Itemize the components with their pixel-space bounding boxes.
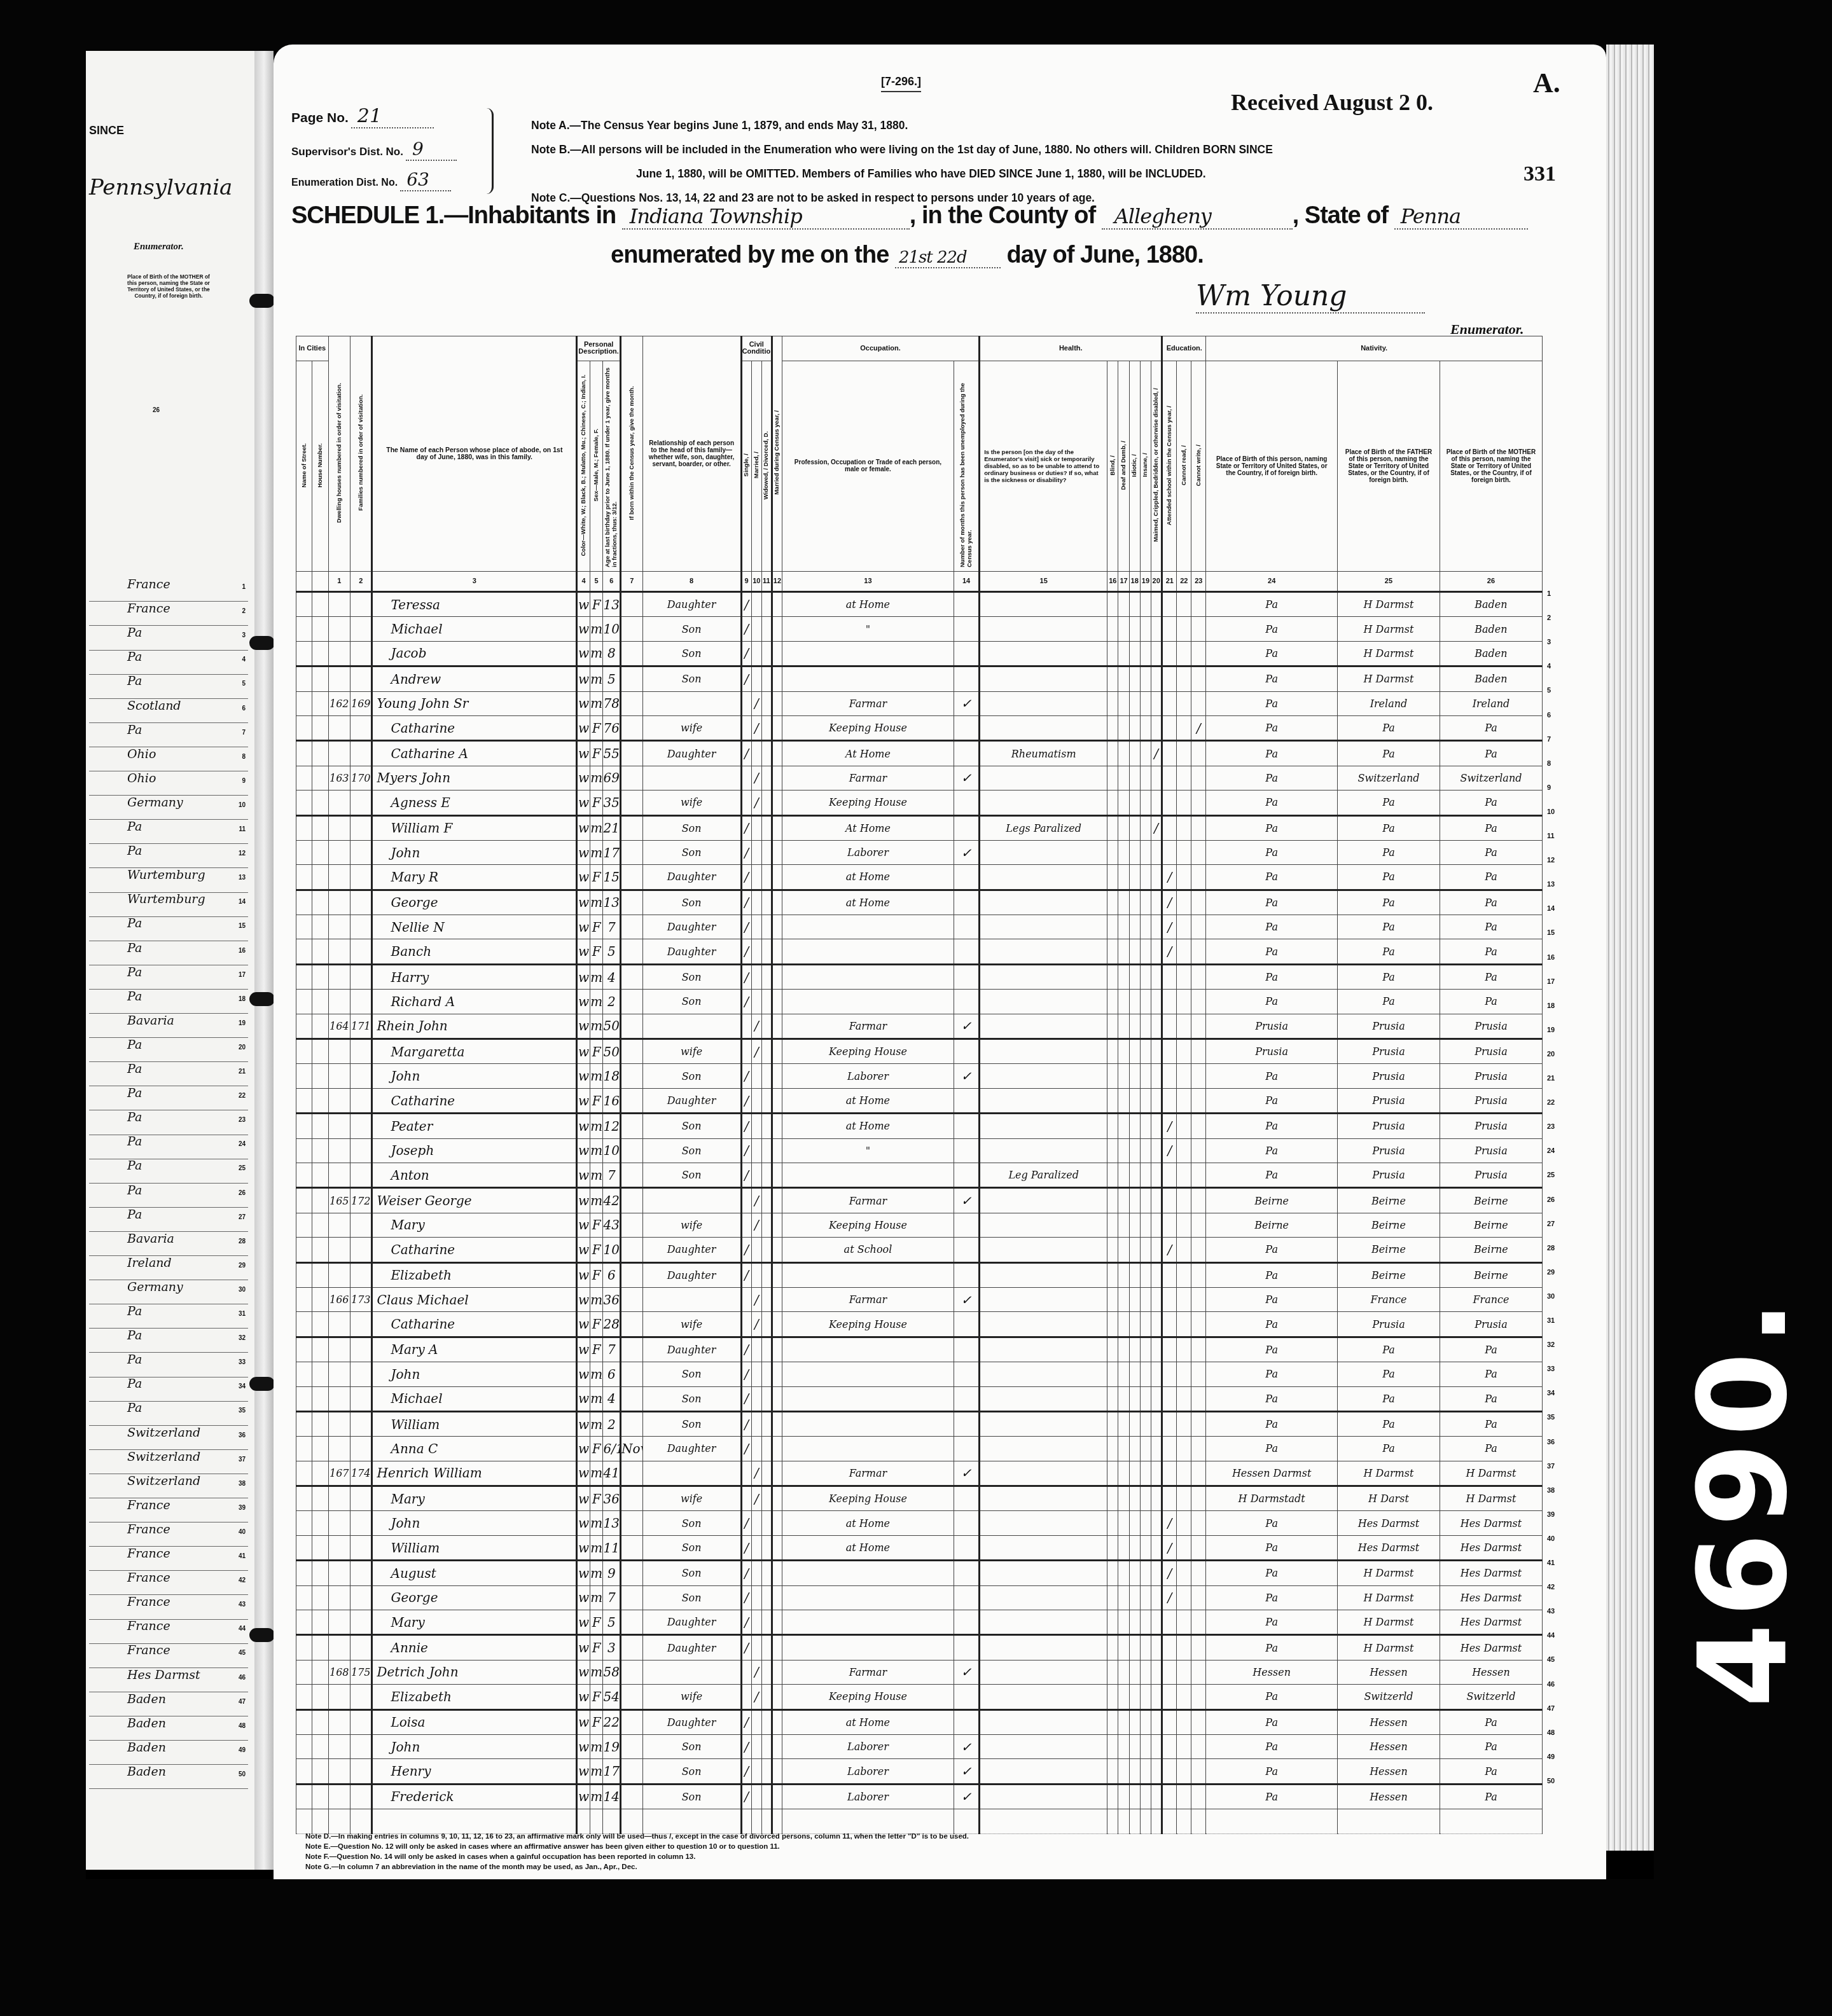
schedule-title: SCHEDULE 1.—Inhabitants in Indiana Towns…: [291, 202, 1528, 230]
cell-occupation: [782, 1337, 954, 1362]
cell-deaf: [1118, 915, 1129, 939]
cell-married: /: [751, 1486, 761, 1511]
col-num: 10: [751, 572, 761, 592]
cell-sex: m: [590, 1138, 603, 1163]
left-page-mother-birthplace: Pa: [127, 820, 142, 834]
cell-single: /: [741, 1585, 751, 1610]
col-16-header: Blind, /: [1107, 361, 1118, 572]
cell-blind: [1107, 890, 1118, 915]
cell-age: 6/12: [603, 1437, 621, 1461]
census-row: CatharinewF28wife/Keeping HousePaPrusiaP…: [296, 1312, 1543, 1337]
cell-dwelling: [328, 990, 350, 1014]
cell-month: [621, 1734, 642, 1758]
cell-family: [350, 1685, 372, 1709]
cell-sex: m: [590, 1188, 603, 1213]
cell-relation: Daughter: [642, 1238, 741, 1262]
cell-occupation: at Home: [782, 1535, 954, 1560]
cell-sickness: [980, 1809, 1107, 1833]
cell-mother-birthplace: Prusia: [1440, 1114, 1542, 1138]
cell-father-birthplace: Pa: [1338, 915, 1440, 939]
left-page-line-number: 11: [239, 826, 246, 833]
cell-deaf: [1118, 741, 1129, 766]
cell-street: [296, 1238, 312, 1262]
cell-month: [621, 890, 642, 915]
cell-school: [1162, 766, 1177, 790]
cell-age: 2: [603, 1411, 621, 1436]
cell-blind: [1107, 617, 1118, 641]
cell-name: Mary: [372, 1213, 577, 1237]
cell-cannot-read: [1177, 1437, 1191, 1461]
line-number: 49: [1547, 1753, 1555, 1761]
cell-sex: m: [590, 964, 603, 989]
cell-month: [621, 840, 642, 864]
cell-deaf: [1118, 1362, 1129, 1386]
cell-name: John: [372, 1511, 577, 1535]
cell-street: [296, 1660, 312, 1684]
cell-maimed: [1151, 915, 1162, 939]
left-page-mother-birthplace: Ohio: [127, 747, 156, 761]
cell-insane: [1140, 1238, 1151, 1262]
cell-family: [350, 1262, 372, 1287]
census-row: 167174Henrich Williamwm41/Farmar✓Hessen …: [296, 1461, 1543, 1486]
cell-cannot-read: [1177, 964, 1191, 989]
cell-widowed: [761, 1114, 772, 1138]
cell-insane: [1140, 666, 1151, 691]
cell-age: 13: [603, 890, 621, 915]
cell-month: [621, 1585, 642, 1610]
cell-married: [751, 741, 761, 766]
cell-street: [296, 666, 312, 691]
cell-deaf: [1118, 1561, 1129, 1585]
cell-idiotic: [1129, 1213, 1140, 1237]
cell-relation: Daughter: [642, 915, 741, 939]
cell-cannot-write: [1191, 1610, 1206, 1635]
cell-unemployed: [954, 1362, 979, 1386]
col-6-header: Age at last birthday prior to June 1, 18…: [603, 361, 621, 572]
note-d: Note D.—In making entries in columns 9, …: [305, 1832, 969, 1842]
cell-color: w: [577, 1312, 590, 1337]
line-number: 29: [1547, 1269, 1555, 1276]
cell-school: [1162, 617, 1177, 641]
cell-color: w: [577, 715, 590, 740]
cell-street: [296, 1039, 312, 1064]
cell-cannot-write: [1191, 1561, 1206, 1585]
cell-deaf: [1118, 1163, 1129, 1187]
cell-school: /: [1162, 865, 1177, 890]
col-21-header: Attended school within the Census year, …: [1162, 361, 1177, 572]
cell-sickness: [980, 1362, 1107, 1386]
cell-idiotic: [1129, 1635, 1140, 1660]
left-page-row: Switzerland36: [89, 1426, 248, 1450]
cell-school: [1162, 1337, 1177, 1362]
cell-house: [312, 890, 328, 915]
cell-occupation: [782, 915, 954, 939]
cell-house: [312, 741, 328, 766]
cell-sex: m: [590, 840, 603, 864]
group-civil-condition: Civil Condition.: [741, 336, 772, 361]
left-page-line-number: 3: [242, 632, 246, 639]
cell-family: [350, 915, 372, 939]
left-page-row: Baden49: [89, 1741, 248, 1765]
cell-single: /: [741, 1561, 751, 1585]
cell-widowed: [761, 815, 772, 840]
cell-house: [312, 1337, 328, 1362]
cell-dwelling: [328, 1685, 350, 1709]
cell-school: [1162, 1014, 1177, 1039]
cell-mdcy: [772, 766, 782, 790]
cell-name: Rhein John: [372, 1014, 577, 1039]
cell-unemployed: ✓: [954, 1734, 979, 1758]
cell-occupation: Laborer: [782, 1064, 954, 1088]
cell-birthplace: Pa: [1206, 1635, 1338, 1660]
cell-cannot-write: [1191, 1088, 1206, 1113]
col-15-header: Is the person [on the day of the Enumera…: [980, 361, 1107, 572]
cell-dwelling: 168: [328, 1660, 350, 1684]
cell-blind: [1107, 865, 1118, 890]
cell-street: [296, 1784, 312, 1809]
cell-dwelling: [328, 915, 350, 939]
left-page-mother-birthplace: Pa: [127, 965, 142, 979]
cell-family: [350, 1561, 372, 1585]
col-num: 18: [1129, 572, 1140, 592]
cell-father-birthplace: [1338, 1809, 1440, 1833]
left-page-mother-birthplace: Pa: [127, 626, 142, 640]
cell-color: w: [577, 1685, 590, 1709]
cell-name: John: [372, 1362, 577, 1386]
cell-cannot-read: [1177, 1163, 1191, 1187]
note-b: Note B.—All persons will be included in …: [531, 137, 1523, 162]
cell-sex: m: [590, 1114, 603, 1138]
cell-cannot-read: [1177, 1709, 1191, 1734]
left-page-mother-birthplace: Pa: [127, 1159, 142, 1173]
cell-mother-birthplace: [1440, 1809, 1542, 1833]
left-page-line-number: 23: [239, 1117, 246, 1124]
cell-dwelling: [328, 641, 350, 666]
left-page-line-number: 10: [239, 802, 246, 809]
cell-sex: m: [590, 1535, 603, 1560]
left-page-row: Wurtemburg14: [89, 892, 248, 916]
cell-birthplace: Pa: [1206, 1312, 1338, 1337]
left-page-mother-birthplace: France: [127, 1595, 170, 1609]
cell-blind: [1107, 1535, 1118, 1560]
cell-idiotic: [1129, 766, 1140, 790]
cell-mdcy: [772, 1014, 782, 1039]
cell-month: [621, 1337, 642, 1362]
cell-mother-birthplace: Prusia: [1440, 1039, 1542, 1064]
cell-deaf: [1118, 1610, 1129, 1635]
left-page-col26-header: Place of Birth of the MOTHER of this per…: [124, 273, 213, 299]
cell-school: [1162, 1287, 1177, 1311]
cell-insane: [1140, 1014, 1151, 1039]
cell-relation: Son: [642, 1535, 741, 1560]
film-border-left: [0, 0, 86, 2016]
cell-house: [312, 641, 328, 666]
cell-insane: [1140, 791, 1151, 815]
cell-sickness: [980, 617, 1107, 641]
cell-sex: m: [590, 1287, 603, 1311]
left-page-mother-birthplace: Germany: [127, 1280, 183, 1294]
cell-school: [1162, 1262, 1177, 1287]
cell-age: 50: [603, 1014, 621, 1039]
left-page-mother-birthplace: Hes Darmst: [127, 1668, 200, 1682]
left-page-row: Pa26: [89, 1184, 248, 1208]
census-table-container: In Cities Dwelling houses numbered in or…: [296, 336, 1543, 1834]
cell-sickness: [980, 1337, 1107, 1362]
cell-maimed: [1151, 1585, 1162, 1610]
cell-mother-birthplace: Baden: [1440, 617, 1542, 641]
cell-deaf: [1118, 1461, 1129, 1486]
cell-birthplace: H Darmstadt: [1206, 1486, 1338, 1511]
cell-maimed: /: [1151, 815, 1162, 840]
left-page-mother-birthplace: Baden: [127, 1765, 166, 1779]
col-18-header: Idiotic, /: [1129, 361, 1140, 572]
left-page-line-number: 6: [242, 705, 246, 712]
cell-house: [312, 592, 328, 617]
cell-street: [296, 1610, 312, 1635]
left-page-row: Bavaria28: [89, 1232, 248, 1256]
cell-maimed: [1151, 1287, 1162, 1311]
cell-color: [577, 1809, 590, 1833]
line-number: 36: [1547, 1439, 1555, 1446]
left-page-line-number: 5: [242, 680, 246, 687]
cell-insane: [1140, 1734, 1151, 1758]
left-page-mother-birthplace: Ohio: [127, 771, 156, 785]
cell-maimed: [1151, 1064, 1162, 1088]
cell-street: [296, 1411, 312, 1436]
left-page-row: France42: [89, 1571, 248, 1595]
cell-insane: [1140, 1437, 1151, 1461]
cell-mother-birthplace: H Darmst: [1440, 1486, 1542, 1511]
cell-sickness: [980, 1312, 1107, 1337]
cell-cannot-write: [1191, 890, 1206, 915]
cell-single: [741, 1660, 751, 1684]
cell-dwelling: [328, 666, 350, 691]
cell-mother-birthplace: Pa: [1440, 915, 1542, 939]
cell-sickness: [980, 1188, 1107, 1213]
cell-sickness: [980, 766, 1107, 790]
column-group-row: In Cities Dwelling houses numbered in or…: [296, 336, 1543, 361]
cell-sex: F: [590, 1088, 603, 1113]
stamp-number: 331: [1523, 162, 1556, 186]
cell-insane: [1140, 1461, 1151, 1486]
census-row: MarywF43wife/Keeping HouseBeirneBeirneBe…: [296, 1213, 1543, 1237]
cell-cannot-read: [1177, 865, 1191, 890]
cell-house: [312, 1138, 328, 1163]
cell-cannot-read: [1177, 592, 1191, 617]
cell-sex: m: [590, 890, 603, 915]
cell-family: [350, 990, 372, 1014]
cell-month: [621, 1709, 642, 1734]
cell-age: 17: [603, 1759, 621, 1784]
cell-sickness: [980, 791, 1107, 815]
cell-idiotic: [1129, 715, 1140, 740]
cell-house: [312, 1809, 328, 1833]
cell-deaf: [1118, 1511, 1129, 1535]
cell-cannot-read: [1177, 1088, 1191, 1113]
cell-cannot-read: [1177, 1362, 1191, 1386]
cell-mother-birthplace: Hes Darmst: [1440, 1511, 1542, 1535]
cell-maimed: [1151, 592, 1162, 617]
cell-color: w: [577, 1039, 590, 1064]
cell-blind: [1107, 1014, 1118, 1039]
cell-age: 7: [603, 1585, 621, 1610]
cell-maimed: [1151, 1114, 1162, 1138]
cell-unemployed: [954, 1635, 979, 1660]
cell-sex: m: [590, 1660, 603, 1684]
cell-family: [350, 1809, 372, 1833]
left-page-row: Pa22: [89, 1086, 248, 1110]
cell-cannot-read: [1177, 1685, 1191, 1709]
cell-sickness: [980, 1511, 1107, 1535]
cell-maimed: [1151, 1461, 1162, 1486]
cell-relation: Son: [642, 1114, 741, 1138]
left-page-line-number: 39: [239, 1505, 246, 1512]
cell-month: [621, 1114, 642, 1138]
left-page-line-number: 37: [239, 1456, 246, 1463]
cell-insane: [1140, 691, 1151, 715]
cell-street: [296, 1014, 312, 1039]
census-row: Mary AwF7Daughter/PaPaPa: [296, 1337, 1543, 1362]
cell-married: [751, 1362, 761, 1386]
supervisor-district-field: Supervisor's Dist. No. 9: [291, 139, 457, 161]
cell-maimed: [1151, 1188, 1162, 1213]
cell-age: 6: [603, 1362, 621, 1386]
cell-widowed: [761, 1238, 772, 1262]
cell-occupation: [782, 1585, 954, 1610]
cell-dwelling: [328, 1039, 350, 1064]
cell-insane: [1140, 1610, 1151, 1635]
census-row: 166173Claus Michaelwm36/Farmar✓PaFranceF…: [296, 1287, 1543, 1311]
cell-cannot-write: [1191, 691, 1206, 715]
cell-unemployed: [954, 964, 979, 989]
cell-cannot-write: [1191, 1163, 1206, 1187]
line-number: 6: [1547, 712, 1551, 719]
line-number: 48: [1547, 1729, 1555, 1737]
cell-insane: [1140, 915, 1151, 939]
cell-mdcy: [772, 666, 782, 691]
cell-mother-birthplace: Pa: [1440, 1362, 1542, 1386]
cell-deaf: [1118, 1213, 1129, 1237]
cell-mother-birthplace: Pa: [1440, 1411, 1542, 1436]
cell-school: [1162, 691, 1177, 715]
cell-father-birthplace: Beirne: [1338, 1238, 1440, 1262]
cell-cannot-read: [1177, 1337, 1191, 1362]
left-page-mother-birthplace: Pa: [127, 1184, 142, 1198]
cell-street: [296, 1188, 312, 1213]
col-num: 16: [1107, 572, 1118, 592]
cell-family: [350, 1784, 372, 1809]
cell-insane: [1140, 1088, 1151, 1113]
cell-name: John: [372, 1064, 577, 1088]
cell-cannot-write: [1191, 666, 1206, 691]
cell-house: [312, 691, 328, 715]
cell-father-birthplace: H Darst: [1338, 1486, 1440, 1511]
left-page-line-number: 47: [239, 1699, 246, 1706]
cell-color: w: [577, 1784, 590, 1809]
cell-maimed: [1151, 1561, 1162, 1585]
cell-idiotic: [1129, 1262, 1140, 1287]
cell-relation: [642, 1809, 741, 1833]
cell-color: w: [577, 1014, 590, 1039]
enumerated-prefix: enumerated by me on the: [611, 242, 889, 268]
cell-school: [1162, 1188, 1177, 1213]
cell-sex: F: [590, 939, 603, 964]
line-number: 31: [1547, 1317, 1555, 1325]
cell-idiotic: [1129, 1535, 1140, 1560]
cell-street: [296, 865, 312, 890]
cell-relation: Son: [642, 617, 741, 641]
left-page-col26-number: 26: [153, 407, 160, 414]
cell-birthplace: Pa: [1206, 691, 1338, 715]
cell-sex: F: [590, 791, 603, 815]
cell-age: 7: [603, 1163, 621, 1187]
cell-married: [751, 1709, 761, 1734]
line-number: 44: [1547, 1632, 1555, 1640]
cell-widowed: [761, 1064, 772, 1088]
cell-relation: [642, 1461, 741, 1486]
cell-mdcy: [772, 964, 782, 989]
cell-house: [312, 815, 328, 840]
cell-family: [350, 840, 372, 864]
line-number: 4: [1547, 663, 1551, 670]
cell-family: [350, 1709, 372, 1734]
cell-maimed: [1151, 1437, 1162, 1461]
cell-blind: [1107, 1685, 1118, 1709]
cell-mdcy: [772, 617, 782, 641]
cell-sickness: [980, 1213, 1107, 1237]
census-row: Antonwm7Son/Leg ParalizedPaPrusiaPrusia: [296, 1163, 1543, 1187]
cell-street: [296, 641, 312, 666]
cell-mother-birthplace: H Darmst: [1440, 1461, 1542, 1486]
left-page-state: Pennsylvania: [89, 175, 232, 200]
cell-color: w: [577, 1114, 590, 1138]
cell-relation: Son: [642, 1561, 741, 1585]
cell-deaf: [1118, 865, 1129, 890]
left-page-line-number: 42: [239, 1577, 246, 1584]
cell-family: 174: [350, 1461, 372, 1486]
cell-cannot-read: [1177, 1610, 1191, 1635]
cell-month: [621, 791, 642, 815]
cell-name: William: [372, 1411, 577, 1436]
cell-house: [312, 1685, 328, 1709]
cell-blind: [1107, 1561, 1118, 1585]
cell-birthplace: Pa: [1206, 890, 1338, 915]
cell-color: w: [577, 1337, 590, 1362]
cell-idiotic: [1129, 890, 1140, 915]
col-house-header: House Number.: [312, 361, 328, 572]
cell-sickness: [980, 666, 1107, 691]
cell-insane: [1140, 1685, 1151, 1709]
cell-family: 171: [350, 1014, 372, 1039]
cell-family: [350, 1238, 372, 1262]
cell-deaf: [1118, 1386, 1129, 1411]
cell-mother-birthplace: Pa: [1440, 715, 1542, 740]
cell-street: [296, 766, 312, 790]
cell-married: [751, 1262, 761, 1287]
cell-widowed: [761, 1585, 772, 1610]
cell-house: [312, 1114, 328, 1138]
cell-cannot-read: [1177, 1759, 1191, 1784]
cell-mdcy: [772, 1561, 782, 1585]
cell-single: [741, 1039, 751, 1064]
line-number: 26: [1547, 1196, 1555, 1204]
cell-dwelling: [328, 1809, 350, 1833]
left-page-line-number: 9: [242, 778, 246, 785]
left-page-mother-birthplace: Wurtemburg: [127, 892, 205, 906]
cell-birthplace: [1206, 1809, 1338, 1833]
cell-sickness: [980, 1685, 1107, 1709]
enumerated-suffix: day of June, 1880.: [1006, 242, 1203, 268]
